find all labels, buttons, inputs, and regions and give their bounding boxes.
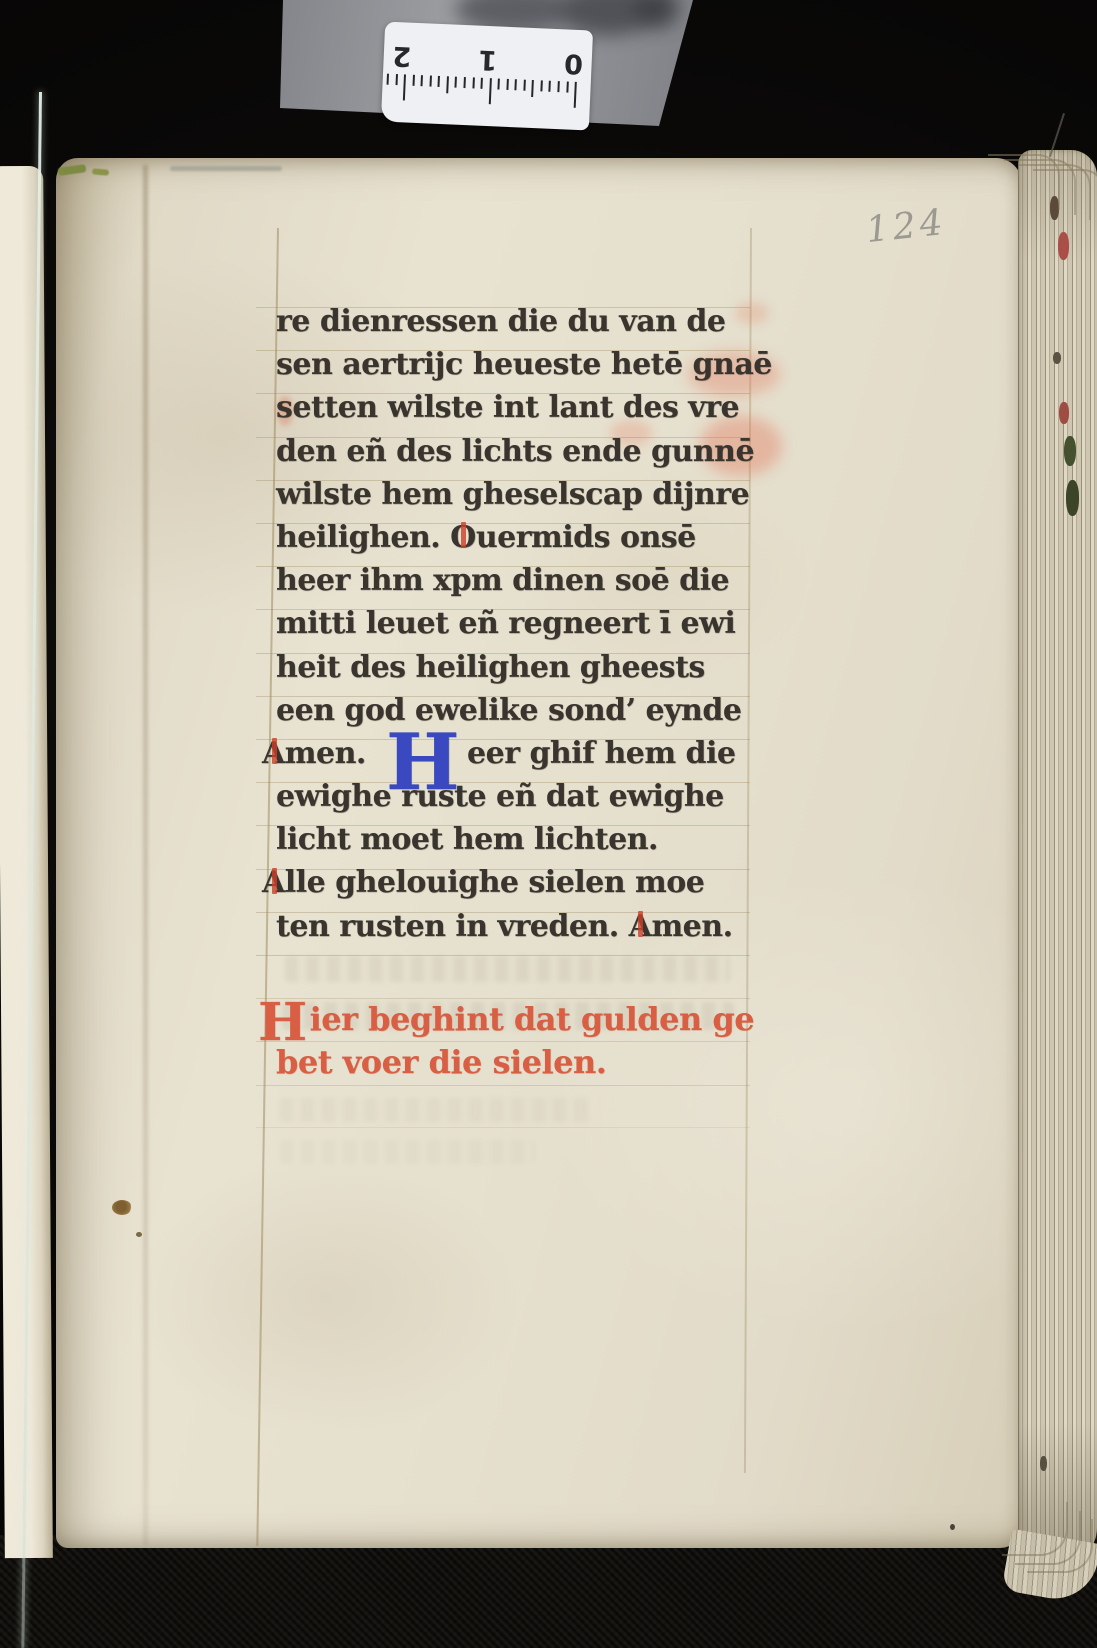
- ruler-number: 1: [477, 44, 498, 76]
- line-segment: ewighe ruste eñ dat ewighe: [276, 779, 724, 814]
- line-segment: heilighen.: [276, 520, 450, 555]
- fore-edge-mark: [1066, 480, 1079, 516]
- manuscript-line: re dienressen die du van de: [276, 304, 768, 347]
- manuscript-line: ten rusten in vreden. Amen.: [276, 909, 768, 952]
- ruling-line-horizontal: [256, 1127, 750, 1128]
- ruler-tick: [446, 76, 449, 93]
- ink-speck: [950, 1524, 955, 1530]
- red-touched-letter: A: [629, 909, 652, 944]
- red-touched-letter: A: [262, 865, 285, 900]
- ruler-tick: [515, 79, 517, 90]
- line-segment: bet voer die sielen.: [276, 1043, 606, 1081]
- ruler-tick: [472, 77, 474, 88]
- line-segment: setten wilste int lant des vre: [276, 390, 739, 425]
- line-segment: ten rusten in vreden.: [276, 909, 629, 944]
- rubric-block: Hier beghint dat gulden gebet voer die s…: [276, 1000, 768, 1086]
- red-touched-letter: O: [450, 520, 476, 555]
- red-touched-letter: A: [262, 736, 285, 771]
- cm-ruler-sticker: 210: [381, 22, 593, 131]
- line-segment: licht moet hem lichten.: [276, 822, 658, 857]
- line-segment: ier beghint dat gulden ge: [310, 1000, 754, 1038]
- photographed-manuscript-scene: 210 124 re dienressen die du van desen a…: [0, 0, 1097, 1648]
- showthrough-text-ghost: [280, 1140, 535, 1164]
- line-segment: wilste hem gheselscap dijnre: [276, 477, 749, 512]
- manuscript-line: een god ewelike sond’ eynde: [276, 693, 768, 736]
- line-segment: den eñ des lichts ende gunnē: [276, 434, 754, 469]
- fore-edge-mark: [1064, 436, 1076, 466]
- ruler-tick: [463, 77, 465, 88]
- ruler-number: 2: [391, 40, 412, 72]
- ruler-tick: [557, 81, 559, 92]
- ruler-tick: [455, 77, 457, 88]
- showthrough-text-ghost: [280, 1098, 590, 1122]
- manuscript-line: wilste hem gheselscap dijnre: [276, 477, 768, 520]
- manuscript-line: mitti leuet eñ regneert ī ewi: [276, 606, 768, 649]
- ruler-number: 0: [563, 47, 584, 79]
- ruler-tick: [403, 74, 406, 100]
- page-number: 124: [864, 202, 949, 251]
- fore-edge-mark: [1053, 352, 1061, 364]
- manuscript-line: Alle ghelouighe sielen moe: [276, 865, 768, 908]
- ruler-tick: [498, 78, 500, 89]
- ruler-tick: [523, 80, 525, 91]
- ruler-tick: [387, 74, 389, 85]
- brown-spot: [112, 1200, 132, 1215]
- manuscript-line: bet voer die sielen.: [276, 1043, 768, 1086]
- line-segment: men.: [285, 736, 376, 771]
- ruler-tick: [506, 79, 508, 90]
- line-segment: lle ghelouighe sielen moe: [285, 865, 705, 900]
- ruler-tick: [540, 80, 542, 91]
- line-segment: heer ihm xpm dinen soē die: [276, 563, 729, 598]
- ruler-tick: [531, 80, 534, 97]
- ruler-tick: [549, 81, 551, 92]
- line-segment: mitti leuet eñ regneert ī ewi: [276, 606, 735, 641]
- top-edge-smudge: [170, 166, 282, 171]
- manuscript-line: Amen. Heer ghif hem die: [276, 736, 768, 779]
- fore-edge-mark: [1058, 232, 1069, 260]
- manuscript-line: sen aertrijc heueste hetē gnaē: [276, 347, 768, 390]
- ruler-tick: [429, 76, 431, 87]
- line-segment: eer ghif hem die: [467, 736, 736, 771]
- line-segment: re dienressen die du van de: [276, 304, 725, 339]
- showthrough-text-ghost: [285, 956, 730, 982]
- ruler-tick: [574, 82, 577, 108]
- text-block: re dienressen die du van desen aertrijc …: [276, 304, 768, 952]
- ruler-tick: [566, 81, 568, 92]
- line-segment: uermids onsē: [476, 520, 696, 555]
- ruler-tick: [438, 76, 440, 87]
- ruler-tick: [480, 78, 482, 89]
- page-corner-outline: [1033, 169, 1097, 225]
- line-segment: sen aertrijc heueste hetē gnaē: [276, 347, 772, 382]
- ruler-tick: [488, 78, 491, 104]
- line-segment: heit des heilighen gheests: [276, 650, 705, 685]
- manuscript-line: licht moet hem lichten.: [276, 822, 768, 865]
- fore-edge-mark: [1059, 402, 1069, 424]
- page-corner-outline: [1027, 1519, 1093, 1573]
- manuscript-line: heilighen. Ouermids onsē: [276, 520, 768, 563]
- gutter-crease: [143, 165, 148, 1545]
- line-segment: men.: [651, 909, 732, 944]
- black-cloth-background: [0, 1535, 1097, 1648]
- fore-edge-mark: [1040, 1456, 1047, 1471]
- manuscript-line: ewighe ruste eñ dat ewighe: [276, 779, 768, 822]
- manuscript-line: den eñ des lichts ende gunnē: [276, 434, 768, 477]
- manuscript-line: heit des heilighen gheests: [276, 650, 768, 693]
- ruler-tick: [412, 75, 414, 86]
- ruler-tick: [421, 75, 423, 86]
- line-segment: een god ewelike sond’ eynde: [276, 693, 741, 728]
- manuscript-line: setten wilste int lant des vre: [276, 390, 768, 433]
- manuscript-line: heer ihm xpm dinen soē die: [276, 563, 768, 606]
- small-speck: [136, 1232, 142, 1237]
- manuscript-line: Hier beghint dat gulden ge: [276, 1000, 768, 1043]
- ruler-tick: [395, 74, 397, 85]
